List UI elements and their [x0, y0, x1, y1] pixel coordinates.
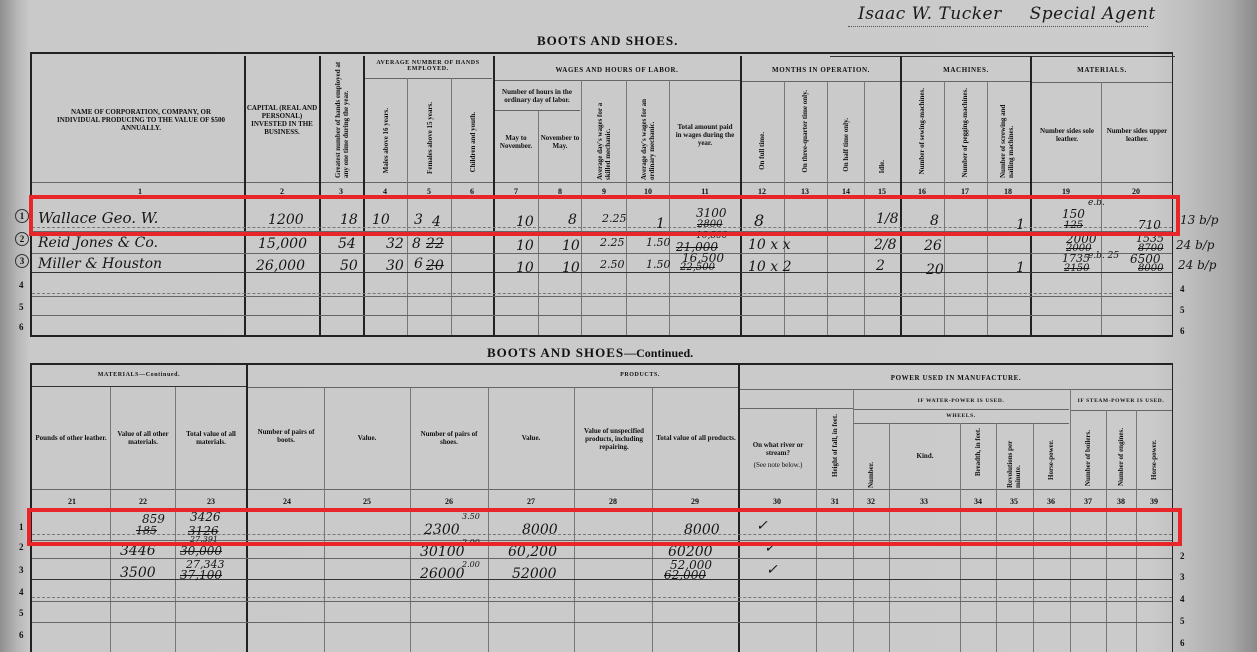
row3-name: Miller & Houston: [38, 256, 162, 272]
group-power: POWER USED IN MANUFACTURE.: [740, 374, 1172, 382]
header-boilers: Number of boilers.: [1084, 430, 1092, 486]
row2-idle: 2/8: [874, 237, 897, 253]
colnum-34: 34: [968, 497, 988, 506]
row3-wages-struck: 22,500: [680, 262, 715, 273]
header-river-text: On what river or stream?: [742, 441, 814, 457]
header-pairs-boots: Number of pairs of boots.: [250, 426, 322, 446]
colnum-32: 32: [861, 497, 881, 506]
table2-title-main: BOOTS AND SHOES: [487, 345, 624, 360]
header-upper-leather: Number sides upper leather.: [1106, 125, 1168, 145]
t1-row5-line: [32, 315, 1172, 316]
row3-full-time: 10 x 2: [748, 259, 792, 275]
header-screwing-machines: Number of screwing and nailing machines.: [999, 86, 1017, 178]
row3-sewing: 20: [926, 262, 944, 278]
header-ordinary-wage: Average day's wages for an ordinary mech…: [640, 86, 658, 180]
t1-rowlabel-6: 6: [19, 322, 24, 332]
row3-sole-note: e.b. 25: [1088, 251, 1119, 261]
row3-ordinary: 1.50: [646, 258, 671, 271]
group-materials: MATERIALS.: [1032, 66, 1172, 74]
t1-row4-line: [32, 296, 1172, 297]
colnum-26: 26: [439, 497, 459, 506]
t2-row3-total-materials-struck: 37,100: [180, 568, 222, 582]
t2-row3-shoes: 26000: [420, 566, 465, 582]
hours-subgroup: Number of hours in the ordinary day of l…: [495, 82, 579, 110]
row2-name: Reid Jones & Co.: [38, 235, 158, 251]
header-sewing-machines: Number of sewing-machines.: [918, 88, 926, 174]
colnum-22: 22: [133, 497, 153, 506]
header-boots-value: Value.: [326, 428, 408, 448]
t2-row3-total-products-struck: 62,000: [664, 568, 706, 582]
header-pounds-other-leather: Pounds of other leather.: [34, 428, 108, 448]
row3-females-struck: 20: [426, 258, 444, 274]
header-capital: CAPITAL (REAL AND PERSONAL) INVESTED IN …: [246, 100, 318, 140]
t1-right-rowlabel-4: 4: [1180, 284, 1185, 294]
header-may-nov: May to November.: [496, 130, 536, 154]
t2-row3-shoes-note: 2.00: [462, 560, 480, 569]
row3-nov-may: 10: [562, 260, 580, 276]
header-revolutions: Revolutions per minute.: [1006, 428, 1024, 488]
header-total-materials: Total value of all materials.: [177, 428, 245, 448]
t2-rowlabel-2: 2: [19, 542, 24, 552]
colnum-33: 33: [914, 497, 934, 506]
row2-females-struck: 22: [426, 236, 444, 252]
t2-row3-river-check: ✓: [766, 562, 778, 578]
t2-row5-line: [32, 622, 1172, 623]
header-water-horsepower: Horse-power.: [1047, 440, 1055, 480]
colnum-37: 37: [1078, 497, 1098, 506]
table1-header-bottom: [32, 182, 1172, 183]
t2-right-rowlabel-3: 3: [1180, 572, 1185, 582]
header-unspecified-products: Value of unspecified products, including…: [578, 424, 650, 454]
group-materials-rule: [1032, 82, 1172, 83]
header-height-fall: Height of fall, in feet.: [831, 414, 839, 477]
colnum-30: 30: [767, 497, 787, 506]
row3-upper-struck: 8000: [1138, 263, 1163, 274]
t2-rowlabel-5: 5: [19, 608, 24, 618]
colnum-36: 36: [1041, 497, 1061, 506]
t1-right-rowlabel-6: 6: [1180, 326, 1185, 336]
t2-right-rowlabel-5: 5: [1180, 616, 1185, 626]
t2-rowlabel-6: 6: [19, 630, 24, 640]
header-total-wages: Total amount paid in wages during the ye…: [674, 120, 736, 150]
table1-title: BOOTS AND SHOES.: [537, 33, 678, 49]
t1-rowlabel-2: 2: [15, 232, 29, 246]
header-name: NAME OF CORPORATION, COMPANY, OR INDIVID…: [56, 100, 226, 140]
power-subgroup-rule: [740, 408, 853, 409]
group-water-rule: [853, 409, 1069, 410]
row2-capital: 15,000: [258, 236, 307, 252]
row3-sole-struck: 2150: [1064, 263, 1089, 274]
header-steam-horsepower: Horse-power.: [1150, 440, 1158, 480]
row2-males: 32: [386, 236, 404, 252]
header-males: Males above 16 years.: [382, 108, 390, 173]
row3-may-nov: 10: [516, 260, 534, 276]
t2-row3-shoes-value: 52000: [512, 566, 557, 582]
t1-row4-dotted: [32, 293, 1172, 294]
header-sole-leather: Number sides sole leather.: [1036, 125, 1098, 145]
t1-right-rowlabel-5: 5: [1180, 305, 1185, 315]
t2-row2-shoes: 30100: [420, 544, 465, 560]
header-shoes-value: Value.: [490, 428, 572, 448]
group-materials-continued: MATERIALS—Continued.: [32, 372, 246, 378]
colnum-28: 28: [603, 497, 623, 506]
table2-top-rule: [30, 363, 1173, 365]
t2-row4-line: [32, 601, 1172, 602]
row2-skilled: 2.25: [600, 236, 625, 249]
group-products: PRODUCTS.: [340, 372, 660, 378]
header-greatest-hands: Greatest number of hands employed at any…: [334, 60, 352, 178]
group-hands-rule: [364, 78, 492, 79]
table2-title: BOOTS AND SHOES—Continued.: [487, 345, 693, 361]
row2-full-time: 10 x x: [748, 237, 791, 253]
group-water: IF WATER-POWER IS USED.: [853, 398, 1069, 404]
colnum-31: 31: [825, 497, 845, 506]
group-wheels-rule: [853, 423, 1069, 424]
group-hands: AVERAGE NUMBER OF HANDS EMPLOYED.: [366, 60, 490, 72]
group-wheels: WHEELS.: [853, 413, 1069, 419]
row3-margin-note: 24 b/p: [1178, 258, 1217, 272]
header-value-other-materials: Value of all other materials.: [112, 428, 174, 448]
highlight-row1-table2: [27, 508, 1182, 546]
row2-ordinary: 1.50: [646, 236, 671, 249]
t1-rowlabel-3: 3: [15, 254, 29, 268]
colnum-25: 25: [357, 497, 377, 506]
agent-title: Special Agent: [1030, 4, 1156, 24]
t2-rowlabel-3: 3: [19, 565, 24, 575]
header-skilled-wage: Average day's wages for a skilled mechan…: [596, 86, 614, 180]
group-power-rule: [740, 389, 1172, 390]
table2-header-bottom: [32, 489, 1172, 490]
row2-greatest: 54: [338, 236, 356, 252]
row3-skilled: 2.50: [600, 258, 625, 271]
group-wages: WAGES AND HOURS OF LABOR.: [494, 66, 740, 74]
header-nov-may: November to May.: [540, 130, 580, 154]
header-three-quarter: On three-quarter time only.: [801, 90, 809, 173]
t1-row2-line: [32, 253, 1172, 254]
row3-capital: 26,000: [256, 258, 305, 274]
header-total-products: Total value of all products.: [656, 428, 736, 448]
colnum-39: 39: [1144, 497, 1164, 506]
group-steam-rule: [1070, 410, 1172, 411]
group-machines: MACHINES.: [902, 66, 1030, 74]
row3-greatest: 50: [340, 258, 358, 274]
agent-name: Isaac W. Tucker: [858, 4, 1002, 24]
row3-screwing: 1: [1016, 260, 1025, 276]
t1-rowlabel-5: 5: [19, 302, 24, 312]
agent-signature: Isaac W. Tucker Special Agent: [858, 4, 1156, 24]
colnum-29: 29: [685, 497, 705, 506]
header-wheel-kind: Kind.: [892, 450, 958, 462]
header-river-note: (See note below.): [754, 461, 803, 469]
signature-line: [848, 26, 1148, 27]
header-pairs-shoes: Number of pairs of shoes.: [412, 428, 486, 448]
t2-rowlabel-4: 4: [19, 587, 24, 597]
group-months: MONTHS IN OPERATION.: [742, 66, 900, 74]
t1-rowlabel-1: 1: [15, 209, 29, 223]
header-full-time: On full time.: [758, 132, 766, 170]
row3-idle: 2: [876, 258, 885, 274]
t2-right-rowlabel-6: 6: [1180, 638, 1185, 648]
colnum-27: 27: [521, 497, 541, 506]
row2-females: 8: [412, 236, 421, 252]
t2-right-rowlabel-4: 4: [1180, 594, 1185, 604]
header-half-time: On half time only.: [842, 118, 850, 172]
t2-row2-shoes-value: 60,200: [508, 544, 557, 560]
highlight-row1-table1: [29, 195, 1180, 236]
row2-margin-note: 24 b/p: [1176, 238, 1215, 252]
table1-top-rule: [30, 52, 1173, 54]
header-females: Females above 15 years.: [426, 102, 434, 174]
t1-rowlabel-4: 4: [19, 280, 24, 290]
colnum-24: 24: [277, 497, 297, 506]
row3-males: 30: [386, 258, 404, 274]
table2-title-suffix: —Continued.: [624, 346, 693, 360]
t1-row3-line: [32, 272, 1172, 273]
t2-row4-dotted: [32, 597, 1172, 598]
header-pegging-machines: Number of pegging-machines.: [961, 88, 969, 178]
t2-row2-total-materials-struck: 30,000: [180, 544, 222, 558]
row1-margin-note: 13 b/p: [1180, 213, 1219, 227]
t1-bottom-line: [30, 335, 1173, 337]
group-materials-continued-rule: [32, 386, 246, 387]
header-wheel-number: Number.: [867, 462, 875, 488]
row2-sewing: 26: [924, 238, 942, 254]
header-river: On what river or stream? (See note below…: [742, 438, 814, 472]
row2-may-nov: 10: [516, 238, 534, 254]
row3-females: 6: [414, 256, 423, 272]
t2-right-rowlabel-2: 2: [1180, 551, 1185, 561]
group-wages-rule: [494, 80, 740, 81]
t2-row3-other-materials: 3500: [120, 565, 156, 581]
header-breadth: Breadth, in feet.: [974, 428, 982, 476]
t2-rowlabel-1: 1: [19, 522, 24, 532]
group-steam: IF STEAM-POWER IS USED.: [1070, 398, 1172, 404]
signature-rule: [830, 56, 1175, 57]
colnum-35: 35: [1004, 497, 1024, 506]
header-idle: Idle.: [878, 160, 886, 173]
header-children: Children and youth.: [469, 112, 477, 172]
header-engines: Number of engines.: [1117, 428, 1125, 486]
group-products-rule: [248, 387, 738, 388]
colnum-23: 23: [201, 497, 221, 506]
colnum-38: 38: [1111, 497, 1131, 506]
row2-nov-may: 10: [562, 238, 580, 254]
colnum-21: 21: [62, 497, 82, 506]
